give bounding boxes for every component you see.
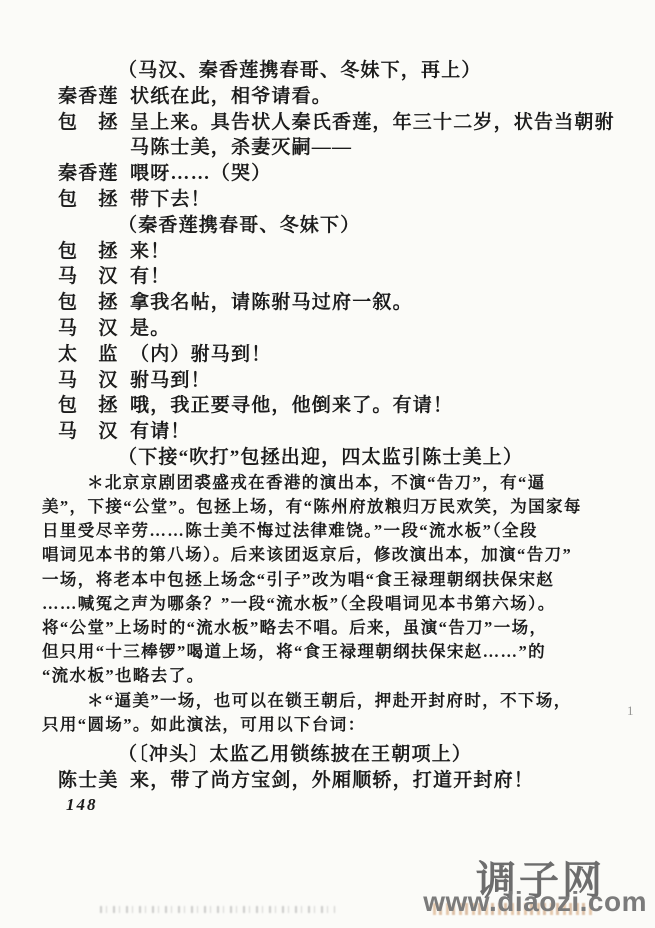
speaker-name: 马 汉 [58, 368, 130, 394]
line-text: （下接“吹打”包拯出迎，四太监引陈士美上） [118, 445, 620, 471]
footnote-line: “流水板”也略去了。 [42, 664, 620, 688]
footnote-1: ＊北京京剧团裘盛戎在香港的演出本，不演“告刀”，有“逼美”，下接“公堂”。包拯上… [42, 471, 620, 689]
footnote-line: ＊“逼美”一场，也可以在锁王朝后，押赴开封府时，不下场， [42, 689, 620, 713]
speaker-name: 包 拯 [58, 393, 130, 419]
line-text: （秦香莲携春哥、冬妹下） [118, 213, 620, 239]
footnote-line: ……喊冤之声为哪条？”一段“流水板”（全段唱词见本书第六场）。 [42, 592, 620, 616]
dialogue-line: 包 拯来！ [42, 239, 620, 265]
footnote-line: 唱词见本书的第八场）。后来该团返京后，修改演出本，加演“告刀” [42, 543, 620, 567]
dialogue-line: 马 汉驸马到！ [42, 368, 620, 394]
stage-direction-text: 太监乙用锁练披在王朝项上） [210, 744, 473, 765]
dialogue-line: 包 拯呈上来。具告状人秦氏香莲，年三十二岁，状告当朝驸 [42, 110, 620, 136]
stage-direction: （秦香莲携春哥、冬妹下） [42, 213, 620, 239]
stray-mark: 1 [627, 703, 634, 719]
line-text: 有！ [130, 264, 620, 290]
footnote-line: ＊北京京剧团裘盛戎在香港的演出本，不演“告刀”，有“逼 [42, 471, 620, 495]
footnote-line: 只用“圆场”。如此演法，可用以下台词： [42, 713, 620, 737]
line-text: 驸马到！ [130, 368, 620, 394]
line-text: 是。 [130, 316, 620, 342]
dialogue-line: 包 拯哦，我正要寻他，他倒来了。有请！ [42, 393, 620, 419]
footnote-2: ＊“逼美”一场，也可以在锁王朝后，押赴开封府时，不下场，只用“圆场”。如此演法，… [42, 689, 620, 737]
speaker-name: 包 拯 [58, 110, 130, 136]
line-text: （内）驸马到！ [130, 342, 620, 368]
line-text: 来！ [130, 239, 620, 265]
line-text: （马汉、秦香莲携春哥、冬妹下，再上） [118, 58, 620, 84]
closing-stage-direction: （〔冲头〕太监乙用锁练披在王朝项上） [42, 742, 620, 768]
speaker-name: 包 拯 [58, 187, 130, 213]
watermark-url: www.diaozi.com [423, 886, 647, 918]
script-content: （马汉、秦香莲携春哥、冬妹下，再上）秦香莲状纸在此，相爷请看。包 拯呈上来。具告… [42, 58, 620, 794]
closing-dialogue-line: 陈士美 来，带了尚方宝剑，外厢顺轿，打道开封府！ [42, 768, 620, 794]
stage-direction: （马汉、秦香莲携春哥、冬妹下，再上） [42, 58, 620, 84]
line-text: 马陈士美，杀妻灭嗣—— [130, 135, 620, 161]
dialogue-line: 秦香莲状纸在此，相爷请看。 [42, 84, 620, 110]
footnote-line: 将“公堂”上场时的“流水板”略去不唱。后来，虽演“告刀”一场， [42, 616, 620, 640]
dialogue-line: 马 汉有！ [42, 264, 620, 290]
dialogue-line: 秦香莲喂呀……（哭） [42, 161, 620, 187]
line-text: 有请！ [130, 419, 620, 445]
dialogue-line: 包 拯带下去！ [42, 187, 620, 213]
footnote-line: 美”，下接“公堂”。包拯上场，有“陈州府放粮归万民欢笑，为国家每 [42, 495, 620, 519]
speaker-name: 马 汉 [58, 264, 130, 290]
line-text: 带下去！ [130, 187, 620, 213]
stage-direction: （下接“吹打”包拯出迎，四太监引陈士美上） [42, 445, 620, 471]
line-text: 状纸在此，相爷请看。 [130, 84, 620, 110]
speaker-name: 马 汉 [58, 419, 130, 445]
speaker-name: 马 汉 [58, 316, 130, 342]
footnote-line: 但只用“十三棒锣”喝道上场，将“食王禄理朝纲扶保宋赵……”的 [42, 640, 620, 664]
line-text: 呈上来。具告状人秦氏香莲，年三十二岁，状告当朝驸 [130, 110, 620, 136]
line-text: 来，带了尚方宝剑，外厢顺轿，打道开封府！ [130, 768, 620, 794]
line-text: 喂呀……（哭） [130, 161, 620, 187]
footnote-line: 日里受尽辛劳……陈士美不悔过法律难饶。”一段“流水板”（全段 [42, 519, 620, 543]
speaker-name: 秦香莲 [58, 161, 130, 187]
dialogue-line: 马 汉有请！ [42, 419, 620, 445]
book-page: （马汉、秦香莲携春哥、冬妹下，再上）秦香莲状纸在此，相爷请看。包 拯呈上来。具告… [0, 0, 655, 928]
speaker-name: 包 拯 [58, 290, 130, 316]
line-text: 拿我名帖，请陈驸马过府一叙。 [130, 290, 620, 316]
dialogue-line: 太 监（内）驸马到！ [42, 342, 620, 368]
speaker-name: 包 拯 [58, 239, 130, 265]
page-number: 148 [66, 795, 98, 815]
speaker-name: 太 监 [58, 342, 130, 368]
line-text: 哦，我正要寻他，他倒来了。有请！ [130, 393, 620, 419]
speaker-name: 陈士美 [58, 768, 130, 794]
bleed-through-noise [100, 906, 335, 913]
footnote-line: 一场，将老本中包拯上场念“引子”改为唱“食王禄理朝纲扶保宋赵 [42, 568, 620, 592]
script-lines: （马汉、秦香莲携春哥、冬妹下，再上）秦香莲状纸在此，相爷请看。包 拯呈上来。具告… [42, 58, 620, 471]
percussion-tag: 〔冲头〕 [138, 744, 209, 765]
dialogue-continuation: 马陈士美，杀妻灭嗣—— [42, 135, 620, 161]
speaker-name: 秦香莲 [58, 84, 130, 110]
dialogue-line: 马 汉是。 [42, 316, 620, 342]
stage-open-paren: （ [118, 744, 138, 765]
dialogue-line: 包 拯拿我名帖，请陈驸马过府一叙。 [42, 290, 620, 316]
